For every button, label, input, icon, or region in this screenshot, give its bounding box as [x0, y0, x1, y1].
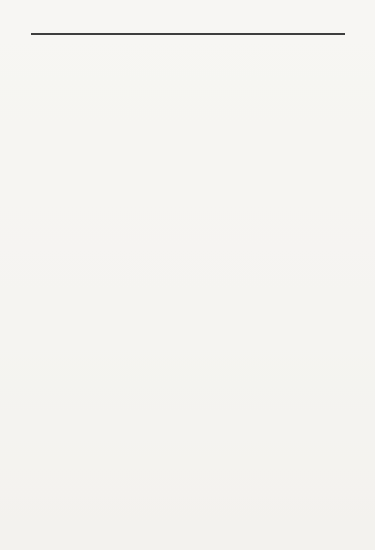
summary-title	[0, 0, 375, 19]
colophon-table	[31, 33, 345, 35]
copyright-page	[0, 0, 375, 550]
